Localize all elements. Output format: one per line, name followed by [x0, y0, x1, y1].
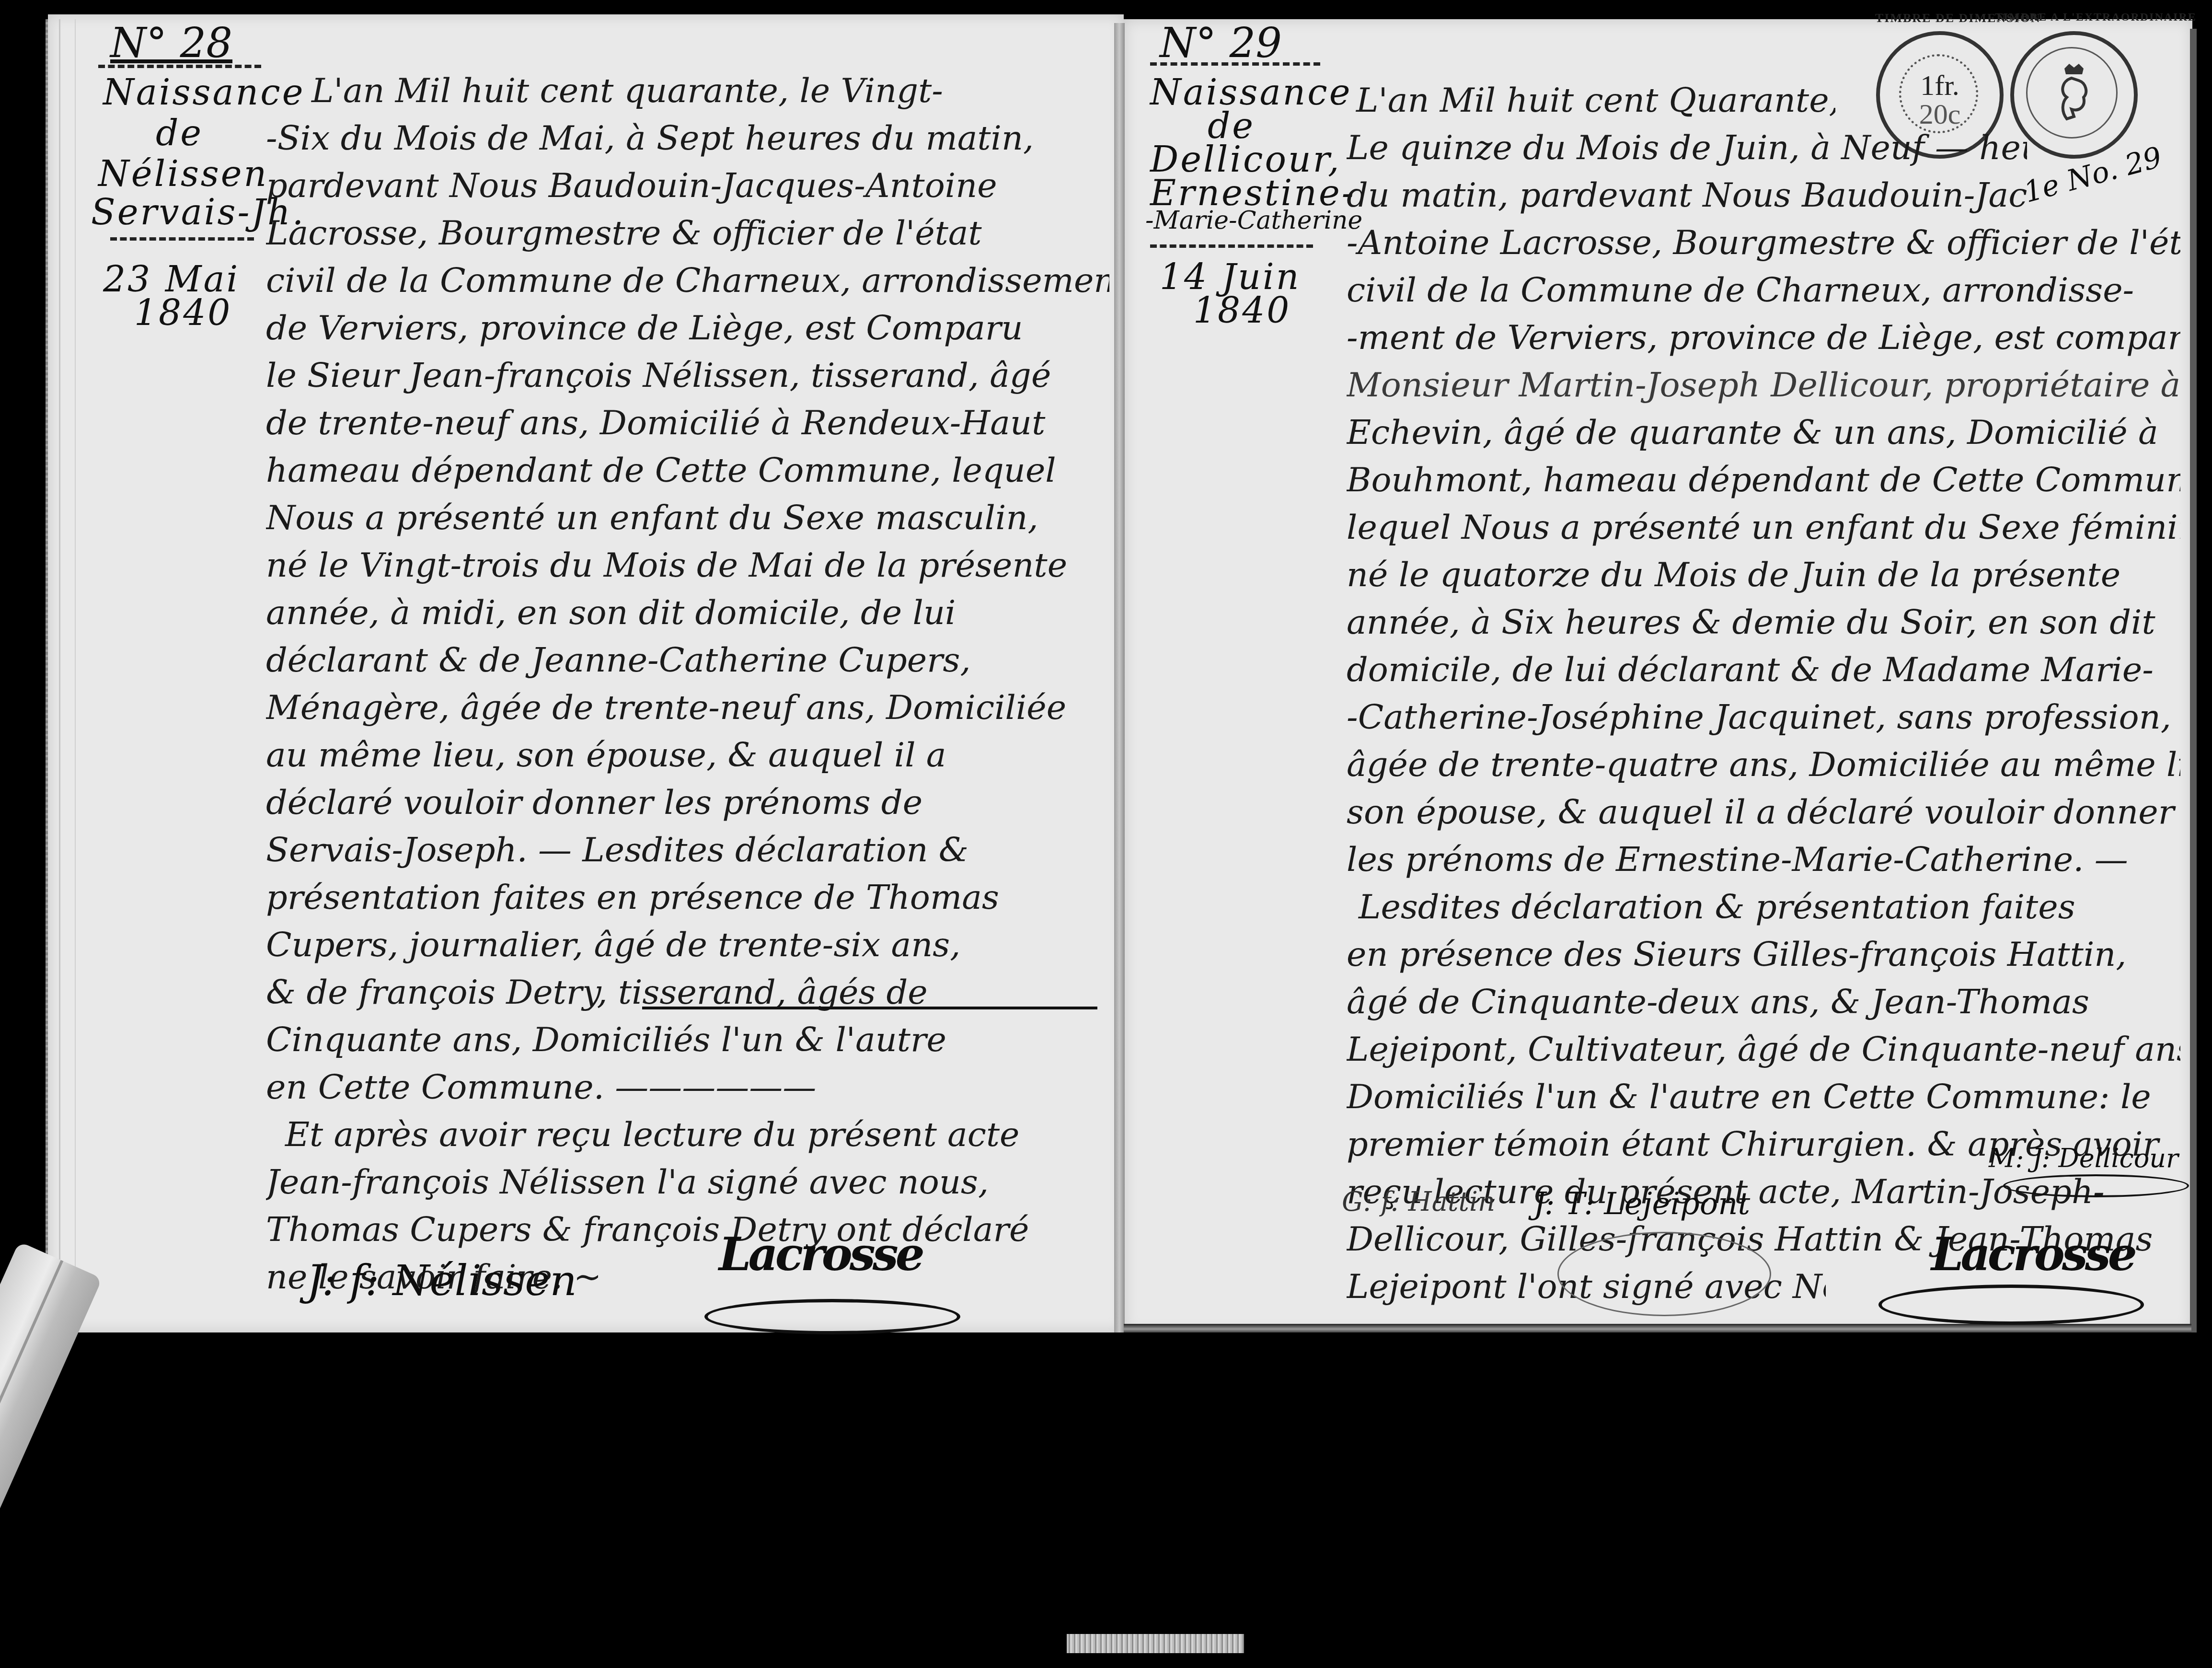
text-line: année, à Six heures & demie du Soir, en …: [1347, 599, 2180, 646]
page-marker-strip: [1067, 1634, 1244, 1653]
text-line: lequel Nous a présenté un enfant du Sexe…: [1347, 504, 2180, 551]
signature-flourish: [704, 1299, 960, 1334]
book-bottom-edge: [1124, 1324, 2191, 1332]
text-line: L'an Mil huit cent quarante, le Vingt-: [266, 67, 1109, 115]
text-line: domicile, de lui déclarant & de Madame M…: [1347, 646, 2180, 694]
margin-year: 1840: [134, 292, 232, 334]
text-line: son épouse, & auquel il a déclaré vouloi…: [1347, 788, 2180, 836]
entry-number: N° 28: [110, 19, 232, 67]
margin-rule: [110, 237, 254, 241]
closing-rule: [642, 1007, 1097, 1009]
text-line: Et après avoir reçu lecture du présent a…: [266, 1111, 1109, 1158]
text-line: au même lieu, son épouse, & auquel il a: [266, 731, 1109, 779]
text-line: Cinquante ans, Domiciliés l'un & l'autre: [266, 1016, 1109, 1064]
text-line: Monsieur Martin-Joseph Dellicour, propri…: [1347, 361, 2180, 409]
text-line: Servais-Joseph. — Lesdites déclaration &: [266, 826, 1109, 874]
text-line: année, à midi, en son dit domicile, de l…: [266, 589, 1109, 637]
signature-witness-2: J: T: Lejeipont: [1533, 1186, 1750, 1222]
right-margin-column: N° 29 Naissance de Dellicour, Ernestine-…: [1150, 19, 1342, 451]
text-line: hameau dépendant de Cette Commune, leque…: [266, 447, 1109, 494]
text-line: présentation faites en présence de Thoma…: [266, 874, 1109, 921]
text-line: -Antoine Lacrosse, Bourgmestre & officie…: [1347, 219, 2180, 266]
text-line: Cupers, journalier, âgé de trente-six an…: [266, 921, 1109, 969]
signature-flourish: [2003, 1174, 2189, 1197]
text-line: pardevant Nous Baudouin-Jacques-Antoine: [266, 162, 1109, 209]
text-line: Thomas Cupers & françois Detry ont décla…: [266, 1206, 1109, 1253]
text-line: Echevin, âgé de quarante & un ans, Domic…: [1347, 409, 2180, 456]
book-gutter: [1114, 23, 1125, 1332]
right-page-body: L'an Mil huit cent Quarante, Le quinze d…: [1347, 77, 2180, 1310]
text-line: Lacrosse, Bourgmestre & officier de l'ét…: [266, 209, 1109, 257]
text-line: né le Vingt-trois du Mois de Mai de la p…: [266, 542, 1109, 589]
text-line: âgé de Cinquante-deux ans, & Jean-Thomas: [1347, 978, 2180, 1026]
page-edge-lines: [59, 19, 76, 1328]
text-line: âgée de trente-quatre ans, Domiciliée au…: [1347, 741, 2180, 788]
left-page-body: L'an Mil huit cent quarante, le Vingt- -…: [266, 67, 1109, 1301]
text-line: déclarant & de Jeanne-Catherine Cupers,: [266, 637, 1109, 684]
text-line: Lesdites déclaration & présentation fait…: [1347, 883, 2180, 931]
text-line: de Verviers, province de Liège, est Comp…: [266, 304, 1109, 352]
text-line: Lejeipont, Cultivateur, âgé de Cinquante…: [1347, 1026, 2180, 1073]
signature-bourgmestre: Lacrosse: [1931, 1227, 2134, 1281]
margin-surname: Nélissen: [98, 153, 268, 195]
text-line: civil de la Commune de Charneux, arrondi…: [1347, 266, 2180, 314]
signature-declarant: J: f: Nélissen: [307, 1256, 577, 1305]
text-line: les prénoms de Ernestine-Marie-Catherine…: [1347, 836, 2180, 883]
stamp-ring-text: TIMBRE A L'EXTRAORDINAIRE: [1995, 11, 2197, 24]
text-line: Domiciliés l'un & l'autre en Cette Commu…: [1347, 1073, 2180, 1121]
signature-flourish: [1878, 1285, 2144, 1325]
signature-declarant: M: J: Dellicour: [1989, 1143, 2178, 1173]
text-line: Jean-françois Nélissen l'a signé avec no…: [266, 1158, 1109, 1206]
margin-year: 1840: [1193, 290, 1291, 331]
text-line: -Catherine-Joséphine Jacquinet, sans pro…: [1347, 694, 2180, 741]
text-line: le Sieur Jean-françois Nélissen, tissera…: [266, 352, 1109, 399]
signature-flourish: [1557, 1232, 1771, 1316]
entry-number: N° 29: [1160, 19, 1282, 67]
signature-bourgmestre: Lacrosse: [719, 1227, 922, 1281]
margin-rule: [1150, 62, 1320, 66]
text-line: Le quinze du Mois de Juin, à Neuf — heur…: [1347, 124, 2027, 172]
text-line: -Six du Mois de Mai, à Sept heures du ma…: [266, 115, 1109, 162]
text-line: déclaré vouloir donner les prénoms de: [266, 779, 1109, 826]
book-right-edge: [2190, 29, 2197, 1332]
text-line: de trente-neuf ans, Domicilié à Rendeux-…: [266, 399, 1109, 447]
text-line: en présence des Sieurs Gilles-françois H…: [1347, 931, 2180, 978]
text-line: L'an Mil huit cent Quarante,: [1347, 77, 1835, 124]
text-line: en Cette Commune. ——————: [266, 1064, 1109, 1111]
signature-witness-1: G: f: Hattin: [1342, 1186, 1495, 1217]
text-line: -ment de Verviers, province de Liège, es…: [1347, 314, 2180, 361]
margin-rule: [1150, 244, 1313, 248]
left-margin-column: N° 28 Naissance de Nélissen Servais-Jh. …: [77, 19, 268, 451]
ribbon-bookmark: [0, 1241, 103, 1624]
margin-de: de: [156, 113, 203, 154]
text-line: Nous a présenté un enfant du Sexe mascul…: [266, 494, 1109, 542]
text-line: né le quatorze du Mois de Juin de la pré…: [1347, 551, 2180, 599]
margin-given-name-2: -Marie-Catherine: [1145, 206, 1362, 235]
text-line: Ménagère, âgée de trente-neuf ans, Domic…: [266, 684, 1109, 731]
text-line: Bouhmont, hameau dépendant de Cette Comm…: [1347, 456, 2180, 504]
margin-rule: [98, 65, 261, 68]
text-line: civil de la Commune de Charneux, arrondi…: [266, 257, 1109, 304]
text-line: du matin, pardevant Nous Baudouin-Jacque…: [1347, 172, 2027, 219]
